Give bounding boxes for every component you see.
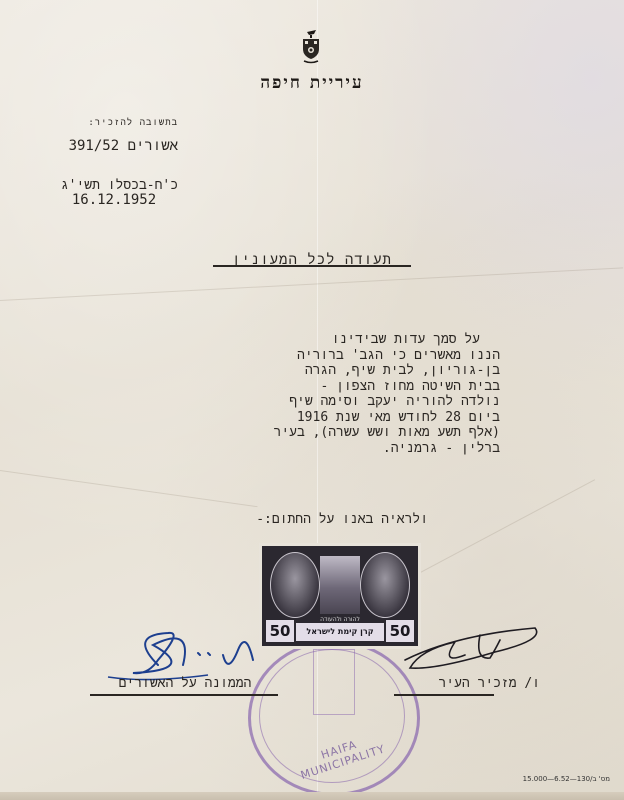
city-clerk-prefix: ו/ (524, 676, 540, 691)
stamp-value-left: 50 (266, 620, 294, 642)
paper-crease (0, 267, 623, 301)
body-line: הננו מאשרים כי הגב' ברוריה (260, 348, 500, 364)
signature-right (395, 620, 545, 680)
body-line: ביום 28 לחודש מאי שנת 1916 (260, 410, 500, 426)
paper-crease (0, 470, 258, 507)
portrait-right-icon (360, 552, 410, 618)
seal-shield-icon (313, 649, 355, 715)
body-line: (אלף תשע מאות ושש עשרה), בעיר (260, 425, 500, 441)
letterhead-title: עיריית חיפה (210, 73, 414, 93)
commissioner-underline (90, 694, 278, 696)
landscape-icon (320, 556, 360, 614)
body-line: בן-גוריון, לבית שיף, הגרה (260, 363, 500, 379)
title-underline (213, 265, 411, 267)
haifa-coat-of-arms-icon (300, 30, 322, 64)
stamp-motto: להורה ולהעודה (312, 616, 368, 623)
hebrew-date: כ'ח-בכסלו תשי'ג (50, 178, 178, 193)
reference-block: בתשובה להזכיר: אשורים 391/52 (38, 118, 178, 155)
gregorian-date: 16.12.1952 (50, 192, 178, 208)
body-line: נולדה להוריה יעקב וסימה שיף (260, 394, 500, 410)
body-line: בבית השיטה מחוז הצפון - (260, 379, 500, 395)
portrait-left-icon (270, 552, 320, 618)
body-line: ברלין - גרמניה. (260, 441, 500, 457)
document-page: עיריית חיפה בתשובה להזכיר: אשורים 391/52… (0, 0, 624, 800)
reference-number: אשורים 391/52 (38, 138, 178, 155)
print-code: מס' ב/130—6.52—15.000 (482, 775, 610, 783)
commissioner-title: הממונה על האשורים (92, 676, 278, 691)
paper-edge (0, 792, 624, 800)
attestation-line: ולראיה באנו על החתום:- (188, 512, 428, 527)
city-clerk-role: מזכיר העיר (438, 676, 516, 691)
certificate-body: על סמך עדות שבידינו הננו מאשרים כי הגב' … (260, 332, 500, 456)
body-line: על סמך עדות שבידינו (260, 332, 500, 348)
reference-label: בתשובה להזכיר: (38, 118, 178, 128)
stamp-issuer: קרן קימת לישראל (296, 623, 384, 641)
city-clerk-title: ו/ מזכיר העיר (390, 676, 540, 691)
city-clerk-underline (394, 694, 494, 696)
